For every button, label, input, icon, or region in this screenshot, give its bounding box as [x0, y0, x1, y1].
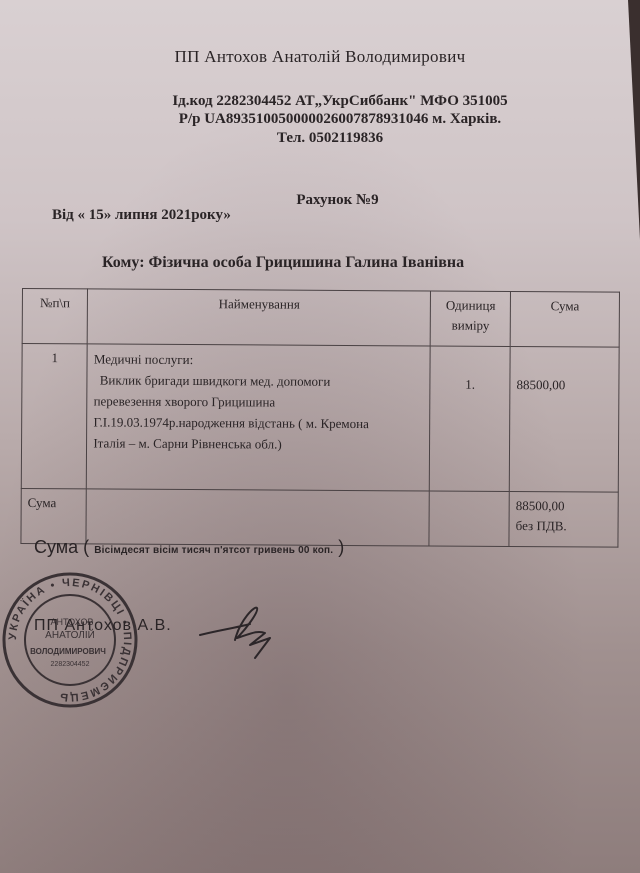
total-amount: 88500,00 — [516, 496, 612, 517]
seal-stamp-icon: УКРАЇНА • ЧЕРНІВЦІ • ПІДПРИЄМЕЦЬ АНТОХОВ… — [0, 570, 140, 710]
total-vat-note: без ПДВ. — [516, 516, 612, 537]
description-line: Виклик бригади швидкоги мед. допомоги — [94, 369, 424, 392]
description-line: Італія – м. Сарни Рівненська обл.) — [93, 432, 423, 455]
amount-words-prefix: Сума ( — [34, 537, 89, 557]
total-amount-cell: 88500,00 без ПДВ. — [509, 491, 618, 547]
invoice-date: Від « 15» липня 2021року» — [52, 207, 231, 224]
row-description: Медичні послуги: Виклик бригади швидкоги… — [87, 344, 431, 491]
description-line: Медичні послуги: — [94, 348, 424, 371]
total-label: Сума — [21, 488, 87, 543]
row-unit: 1. — [430, 346, 511, 491]
svg-text:2282304452: 2282304452 — [51, 661, 90, 668]
header-sum: Сума — [510, 291, 619, 347]
description-line: перевезення хворого Грицишина — [94, 390, 424, 413]
amount-words-suffix: ) — [338, 537, 344, 557]
issuer-phone-line: Тел. 0502119836 — [0, 130, 640, 147]
description-line: Г.І.19.03.1974р.народження відстань ( м.… — [93, 411, 423, 434]
row-num: 1 — [21, 344, 87, 489]
invoice-table: №п\п Найменування Одиниця виміру Сума 1 … — [20, 288, 620, 548]
table-header-row: №п\п Найменування Одиниця виміру Сума — [22, 289, 619, 348]
amount-words-text: Вісімдесят вісім тисяч п'ятсот гривень 0… — [94, 545, 333, 556]
header-num: №п\п — [22, 289, 88, 344]
issuer-name: ПП Антохов Анатолій Володимирович — [0, 47, 640, 67]
header-unit: Одиниця виміру — [431, 291, 511, 346]
invoice-recipient: Кому: Фізична особа Грицишина Галина Іва… — [102, 254, 464, 272]
handwritten-signature-icon — [195, 600, 285, 670]
amount-in-words: Сума ( Вісімдесят вісім тисяч п'ятсот гр… — [34, 537, 344, 558]
issuer-code-line: Ід.код 2282304452 АТ„УкрСиббанк" МФО 351… — [0, 93, 640, 110]
signatory-name: ПП Антохов А.В. — [34, 617, 172, 635]
header-name: Найменування — [87, 289, 430, 346]
issuer-account-line: Р/р UA893510050000026007878931046 м. Хар… — [0, 111, 640, 128]
table-row: 1 Медичні послуги: Виклик бригади швидко… — [21, 344, 619, 493]
total-empty-unit — [429, 491, 509, 546]
svg-text:ВОЛОДИМИРОВИЧ: ВОЛОДИМИРОВИЧ — [30, 647, 106, 656]
row-sum: 88500,00 — [509, 346, 619, 492]
